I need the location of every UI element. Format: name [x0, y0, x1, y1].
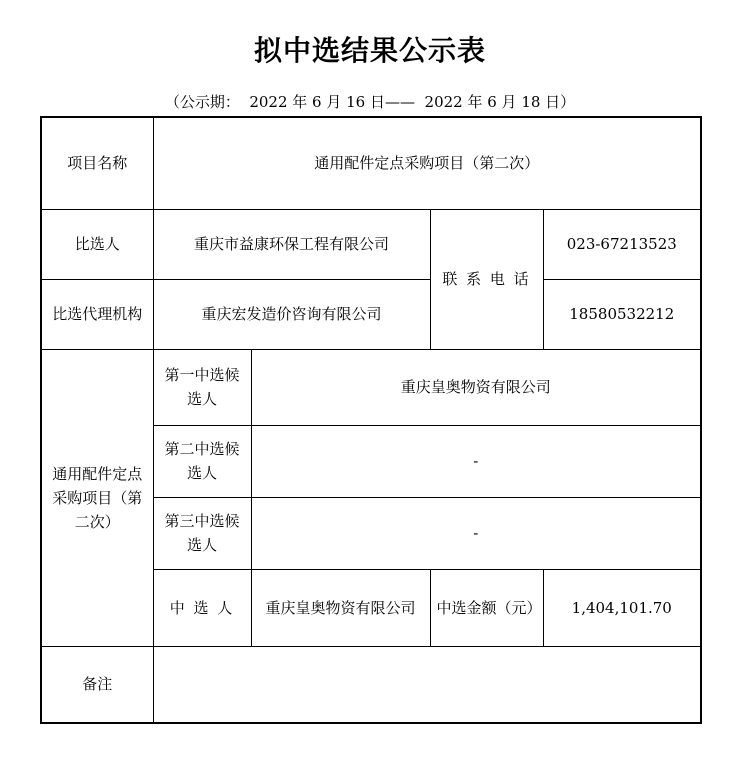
- comparer-value: 重庆市益康环保工程有限公司: [153, 209, 430, 279]
- table-row-agency: 比选代理机构 重庆宏发造价咨询有限公司 18580532212: [41, 279, 701, 349]
- amount-label: 中选金额（元）: [430, 569, 543, 646]
- agency-value: 重庆宏发造价咨询有限公司: [153, 279, 430, 349]
- project-name-label: 项目名称: [41, 117, 153, 209]
- table-row-remark: 备注: [41, 646, 701, 723]
- winner-label: 中 选 人: [153, 569, 251, 646]
- announcement-document: 拟中选结果公示表 （公示期： 2022 年 6 月 16 日—— 2022 年 …: [40, 0, 700, 724]
- remark-value: [153, 646, 701, 723]
- project-name-value: 通用配件定点采购项目（第二次）: [153, 117, 701, 209]
- agency-label: 比选代理机构: [41, 279, 153, 349]
- result-table: 项目名称 通用配件定点采购项目（第二次） 比选人 重庆市益康环保工程有限公司 联…: [40, 116, 702, 724]
- remark-label: 备注: [41, 646, 153, 723]
- table-row-candidate-1: 通用配件定点采购项目（第二次） 第一中选候选人 重庆皇奥物资有限公司: [41, 349, 701, 425]
- amount-value: 1,404,101.70: [543, 569, 701, 646]
- comparer-label: 比选人: [41, 209, 153, 279]
- candidate-3-value: -: [251, 497, 701, 569]
- contact-phone-label: 联 系 电 话: [430, 209, 543, 349]
- table-row-project-name: 项目名称 通用配件定点采购项目（第二次）: [41, 117, 701, 209]
- candidate-1-value: 重庆皇奥物资有限公司: [251, 349, 701, 425]
- publicity-period: （公示期： 2022 年 6 月 16 日—— 2022 年 6 月 18 日）: [40, 94, 700, 110]
- page-title: 拟中选结果公示表: [40, 36, 700, 66]
- candidate-3-label: 第三中选候选人: [153, 497, 251, 569]
- comparer-phone: 023-67213523: [543, 209, 701, 279]
- agency-phone: 18580532212: [543, 279, 701, 349]
- project-section-label: 通用配件定点采购项目（第二次）: [41, 349, 153, 646]
- candidate-1-label: 第一中选候选人: [153, 349, 251, 425]
- candidate-2-label: 第二中选候选人: [153, 425, 251, 497]
- table-row-comparer: 比选人 重庆市益康环保工程有限公司 联 系 电 话 023-67213523: [41, 209, 701, 279]
- candidate-2-value: -: [251, 425, 701, 497]
- winner-value: 重庆皇奥物资有限公司: [251, 569, 430, 646]
